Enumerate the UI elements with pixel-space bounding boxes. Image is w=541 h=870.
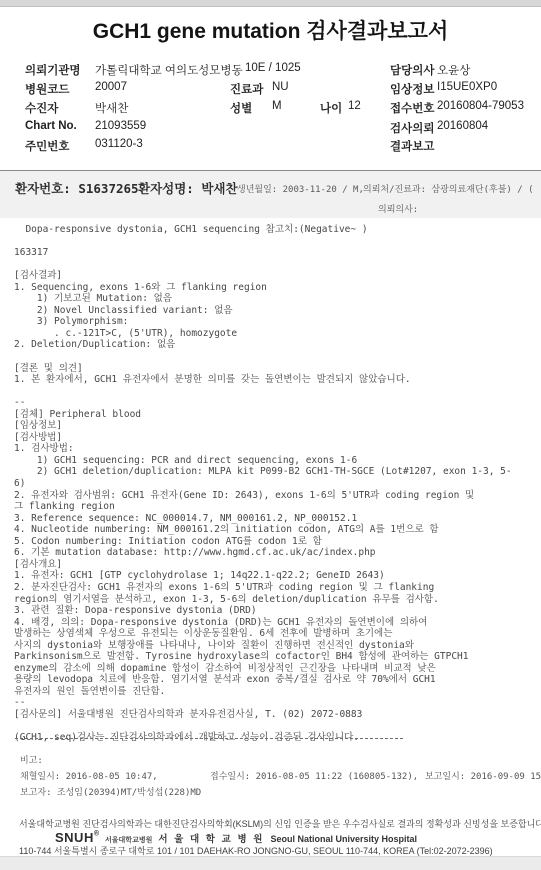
age-value: 12 bbox=[348, 100, 361, 112]
chart-no-label: Chart No. bbox=[25, 120, 77, 132]
age-label: 나이 bbox=[320, 100, 342, 116]
reporter-names: 보고자: 조성임(20394)MT/박성섭(228)MD bbox=[20, 785, 201, 798]
hospital-code-value: 20007 bbox=[95, 81, 127, 93]
patient-value: 박새찬 bbox=[95, 100, 128, 116]
ward-value: 10E / 1025 bbox=[245, 62, 301, 74]
lab-report-page: { "title": "GCH1 gene mutation 검사결과보고서",… bbox=[0, 0, 541, 870]
sex-value: M bbox=[272, 100, 282, 112]
receipt-time: 접수일시: 2016-08-05 11:22 (160805-132), bbox=[210, 769, 418, 782]
accession-no-label: 접수번호 bbox=[390, 100, 434, 116]
order-date-label: 검사의뢰 bbox=[390, 120, 434, 136]
band-referrer: 의뢰처/진료과: 삼광의료재단(후불) / ( bbox=[363, 182, 533, 195]
hospital-name-en: Seoul National University Hospital bbox=[270, 834, 417, 844]
report-time: 보고일시: 2016-09-09 15:27 bbox=[425, 769, 541, 782]
hospital-code-label: 병원코드 bbox=[25, 81, 69, 97]
hospital-name-kr: 서 울 대 학 교 병 원 bbox=[158, 831, 264, 845]
chart-no-value: 21093559 bbox=[95, 120, 146, 132]
blood-draw-time: 채혈일시: 2016-08-05 10:47, bbox=[20, 769, 158, 782]
sex-label: 성별 bbox=[230, 100, 252, 116]
resident-no-value: 031120-3 bbox=[95, 138, 143, 150]
clinical-info-value: I15UE0XP0 bbox=[437, 81, 497, 93]
accession-no-value: 20160804-79053 bbox=[437, 100, 524, 112]
patient-label: 수진자 bbox=[25, 100, 58, 116]
remarks-label: 비고: bbox=[20, 753, 43, 766]
patient-summary-band: 환자번호: S1637265 환자성명: 박새찬 생년월일: 2003-11-2… bbox=[0, 170, 541, 218]
band-ref-doctor: 의뢰의사: bbox=[378, 202, 418, 215]
department-value: NU bbox=[272, 81, 289, 93]
band-patient-no: 환자번호: S1637265 bbox=[15, 179, 139, 197]
requesting-org-label: 의뢰기관명 bbox=[25, 62, 81, 78]
report-body-text: Dopa-responsive dystonia, GCH1 sequencin… bbox=[14, 224, 536, 744]
band-birth-date: 생년월일: 2003-11-20 / M, bbox=[237, 182, 364, 195]
order-date-value: 20160804 bbox=[437, 120, 488, 132]
window-bottom-edge bbox=[0, 856, 541, 870]
requesting-org-value: 가톨릭대학교 여의도성모병동 bbox=[95, 62, 243, 78]
registered-mark-icon: ® bbox=[94, 831, 99, 838]
band-patient-name: 환자성명: 박새찬 bbox=[138, 179, 238, 197]
attending-doctor-value: 오윤상 bbox=[437, 62, 470, 78]
attending-doctor-label: 담당의사 bbox=[390, 62, 434, 78]
snuh-logo-text: SNUH bbox=[55, 830, 94, 845]
header-info-grid: 의뢰기관명 가톨릭대학교 여의도성모병동 10E / 1025 담당의사 오윤상… bbox=[0, 0, 541, 168]
clinical-info-label: 임상정보 bbox=[390, 81, 434, 97]
resident-no-label: 주민번호 bbox=[25, 138, 69, 154]
department-label: 진료과 bbox=[230, 81, 263, 97]
dashed-separator bbox=[15, 738, 403, 739]
result-report-label: 결과보고 bbox=[390, 138, 434, 154]
